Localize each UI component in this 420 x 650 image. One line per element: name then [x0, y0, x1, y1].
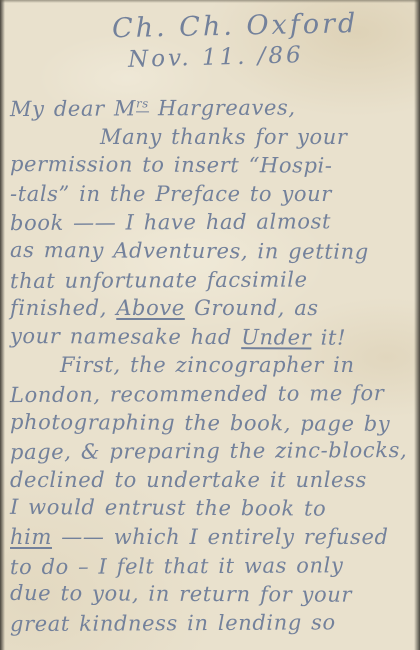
letter-line: due to you, in return for your: [10, 579, 416, 610]
letter-line: photographing the book, page by: [10, 407, 416, 438]
letter-line: declined to undertake it unless: [10, 466, 416, 495]
letter-line: First, the zincographer in: [10, 351, 416, 380]
scan-edge-top: [0, 0, 420, 3]
text-segment: photographing the book, page by: [10, 409, 390, 435]
text-segment: great kindness in lending so: [10, 610, 336, 636]
text-segment: book —— I have had almost: [10, 210, 331, 236]
letter-heading: Ch. Ch. Oxford Nov. 11. /86: [0, 0, 420, 69]
text-segment: finished,: [10, 296, 116, 320]
letter-line: him —— which I entirely refused: [10, 523, 416, 552]
letter-line: as many Adventures, in getting: [10, 236, 416, 267]
letter-line: page, & preparing the zinc-blocks,: [10, 436, 416, 467]
letter-line: your namesake had Under it!: [10, 322, 416, 353]
letter-line: London, recommended to me for: [10, 379, 416, 410]
underlined-word: him: [10, 525, 52, 549]
heading-place: Ch. Ch. Oxford: [112, 7, 420, 44]
text-segment: Many thanks for your: [100, 125, 347, 149]
letter-line: to do – I felt that it was only: [10, 550, 416, 581]
text-segment: due to you, in return for your: [10, 581, 352, 607]
underlined-word: Under: [241, 325, 311, 349]
letter-line: permission to insert “Hospi-: [10, 150, 416, 181]
text-segment: Ground, as: [185, 296, 319, 320]
letter-line: finished, Above Ground, as: [10, 294, 416, 323]
letter-line: My dear Mrs Hargreaves,: [10, 88, 416, 124]
text-segment: that unfortunate facsimile: [10, 267, 308, 293]
letter-line: great kindness in lending so: [10, 608, 416, 639]
text-segment: permission to insert “Hospi-: [10, 152, 333, 178]
superscript-text: rs: [136, 96, 149, 112]
letter-line: book —— I have had almost: [10, 207, 416, 238]
letter-page: Ch. Ch. Oxford Nov. 11. /86 My dear Mrs …: [0, 0, 420, 650]
text-segment: —— which I entirely refused: [52, 525, 389, 549]
text-segment: your namesake had: [10, 324, 241, 349]
heading-date: Nov. 11. /86: [128, 39, 420, 73]
letter-line: -tals” in the Preface to your: [10, 180, 416, 209]
text-segment: London, recommended to me for: [10, 381, 384, 407]
letter-line: I would entrust the book to: [10, 493, 416, 524]
text-segment: it!: [311, 325, 346, 349]
scan-edge-left: [0, 0, 5, 650]
text-segment: Hargreaves,: [149, 96, 296, 121]
text-segment: First, the zincographer in: [60, 353, 355, 377]
text-segment: -tals” in the Preface to your: [10, 182, 332, 206]
text-segment: My dear M: [10, 96, 136, 121]
text-segment: declined to undertake it unless: [10, 468, 367, 492]
letter-line: that unfortunate facsimile: [10, 264, 416, 295]
text-segment: page, & preparing the zinc-blocks,: [10, 438, 407, 464]
text-segment: as many Adventures, in getting: [10, 238, 369, 264]
text-segment: I would entrust the book to: [10, 495, 326, 521]
letter-body: My dear Mrs Hargreaves,Many thanks for y…: [0, 89, 420, 637]
text-segment: to do – I felt that it was only: [10, 553, 344, 579]
letter-line: Many thanks for your: [10, 123, 416, 152]
scan-edge-right: [414, 0, 420, 650]
underlined-word: Above: [116, 296, 185, 320]
